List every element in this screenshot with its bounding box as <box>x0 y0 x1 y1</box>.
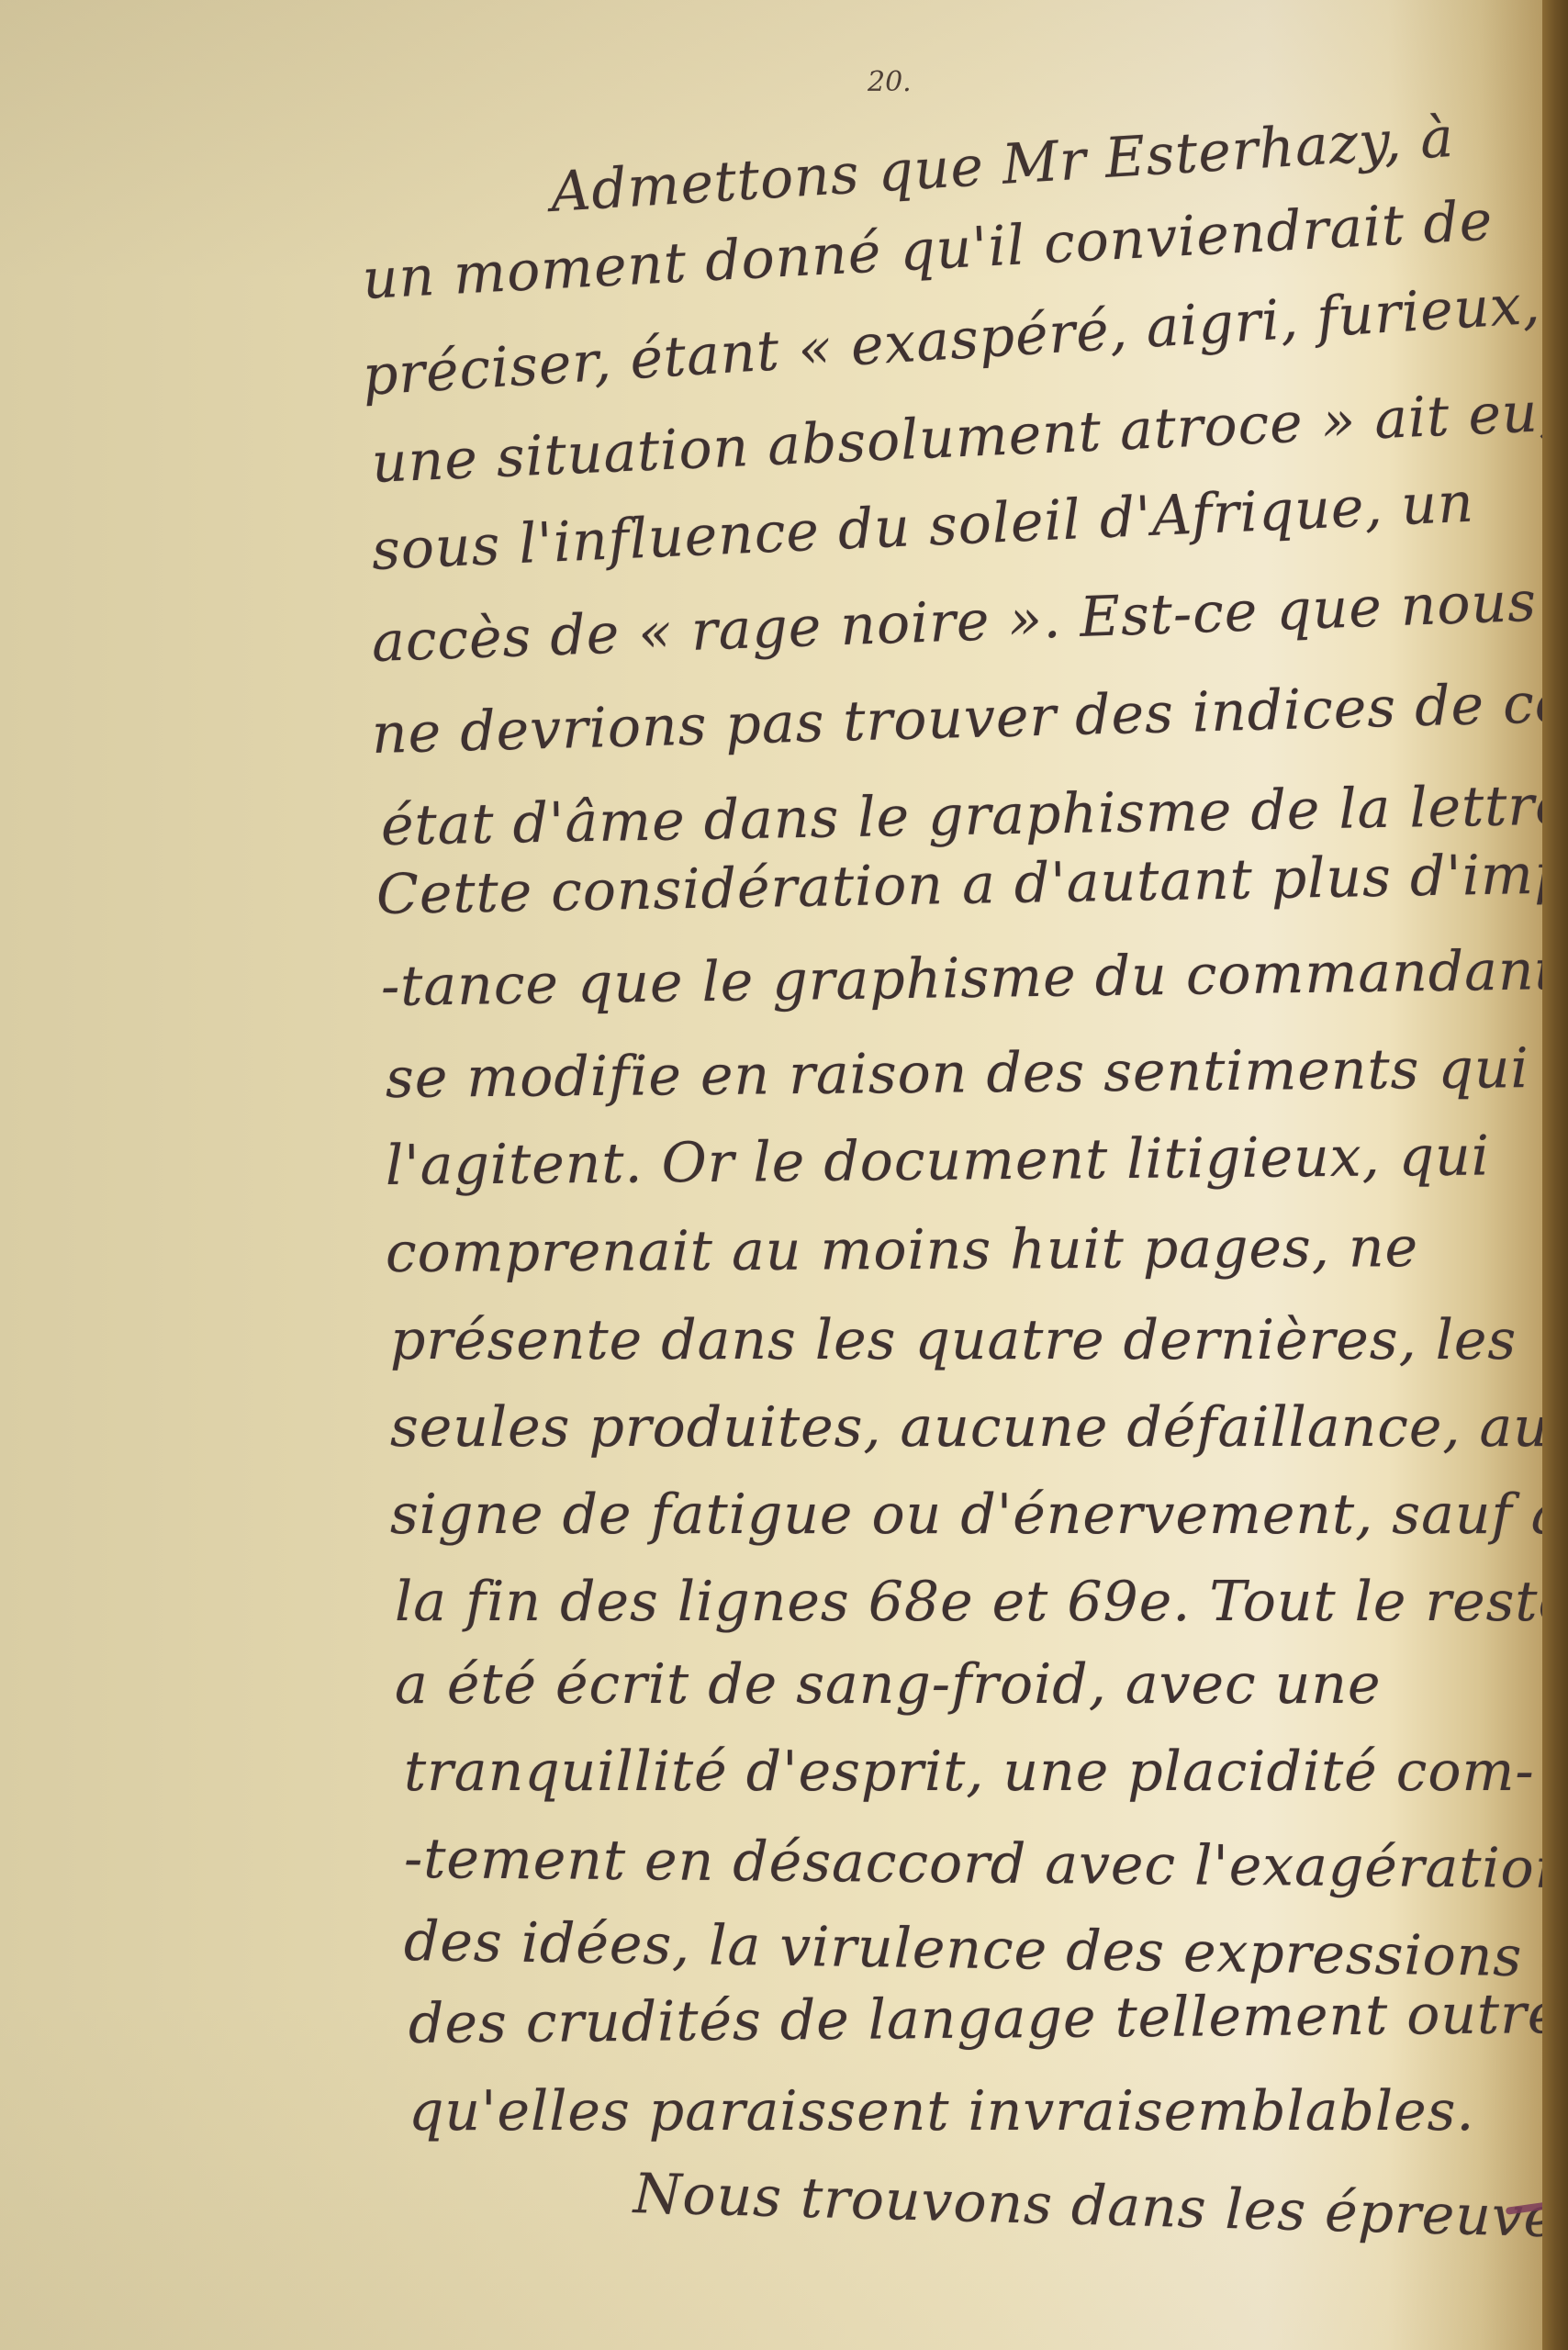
text-line: ne devrions pas trouver des indices de c… <box>371 670 1568 767</box>
text-line: la fin des lignes 68e et 69e. Tout le re… <box>395 1570 1568 1634</box>
manuscript-page: 20. Admettons que Mr Esterhazy, àun mome… <box>0 0 1542 2350</box>
text-line: accès de « rage noire ». Est-ce que nous <box>371 570 1538 675</box>
handwritten-text-body: Admettons que Mr Esterhazy, àun moment d… <box>0 0 1542 2350</box>
text-line: a été écrit de sang-froid, avec une <box>395 1652 1381 1717</box>
text-line: qu'elles paraissent invraisemblables. <box>409 2079 1474 2143</box>
text-line: comprenait au moins huit pages, ne <box>386 1215 1418 1285</box>
text-line: présente dans les quatre dernières, les <box>390 1308 1517 1372</box>
book-binding-edge <box>1542 0 1568 2350</box>
text-line: des crudités de langage tellement outrée… <box>409 1981 1568 2056</box>
text-line: -tement en désaccord avec l'exagération <box>404 1827 1568 1901</box>
text-line: se modifie en raison des sentiments qui <box>386 1036 1529 1111</box>
text-line: tranquillité d'esprit, une placidité com… <box>404 1740 1535 1804</box>
text-line: l'agitent. Or le document litigieux, qui <box>386 1125 1491 1198</box>
text-line: signe de fatigue ou d'énervement, sauf à <box>390 1483 1565 1547</box>
text-line: seules produites, aucune défaillance, au… <box>390 1395 1568 1460</box>
text-line: Nous trouvons dans les épreuves <box>633 2162 1568 2251</box>
text-line: des idées, la virulence des expressions … <box>404 1909 1568 1990</box>
text-line: -tance que le graphisme du commandant <box>381 938 1559 1019</box>
